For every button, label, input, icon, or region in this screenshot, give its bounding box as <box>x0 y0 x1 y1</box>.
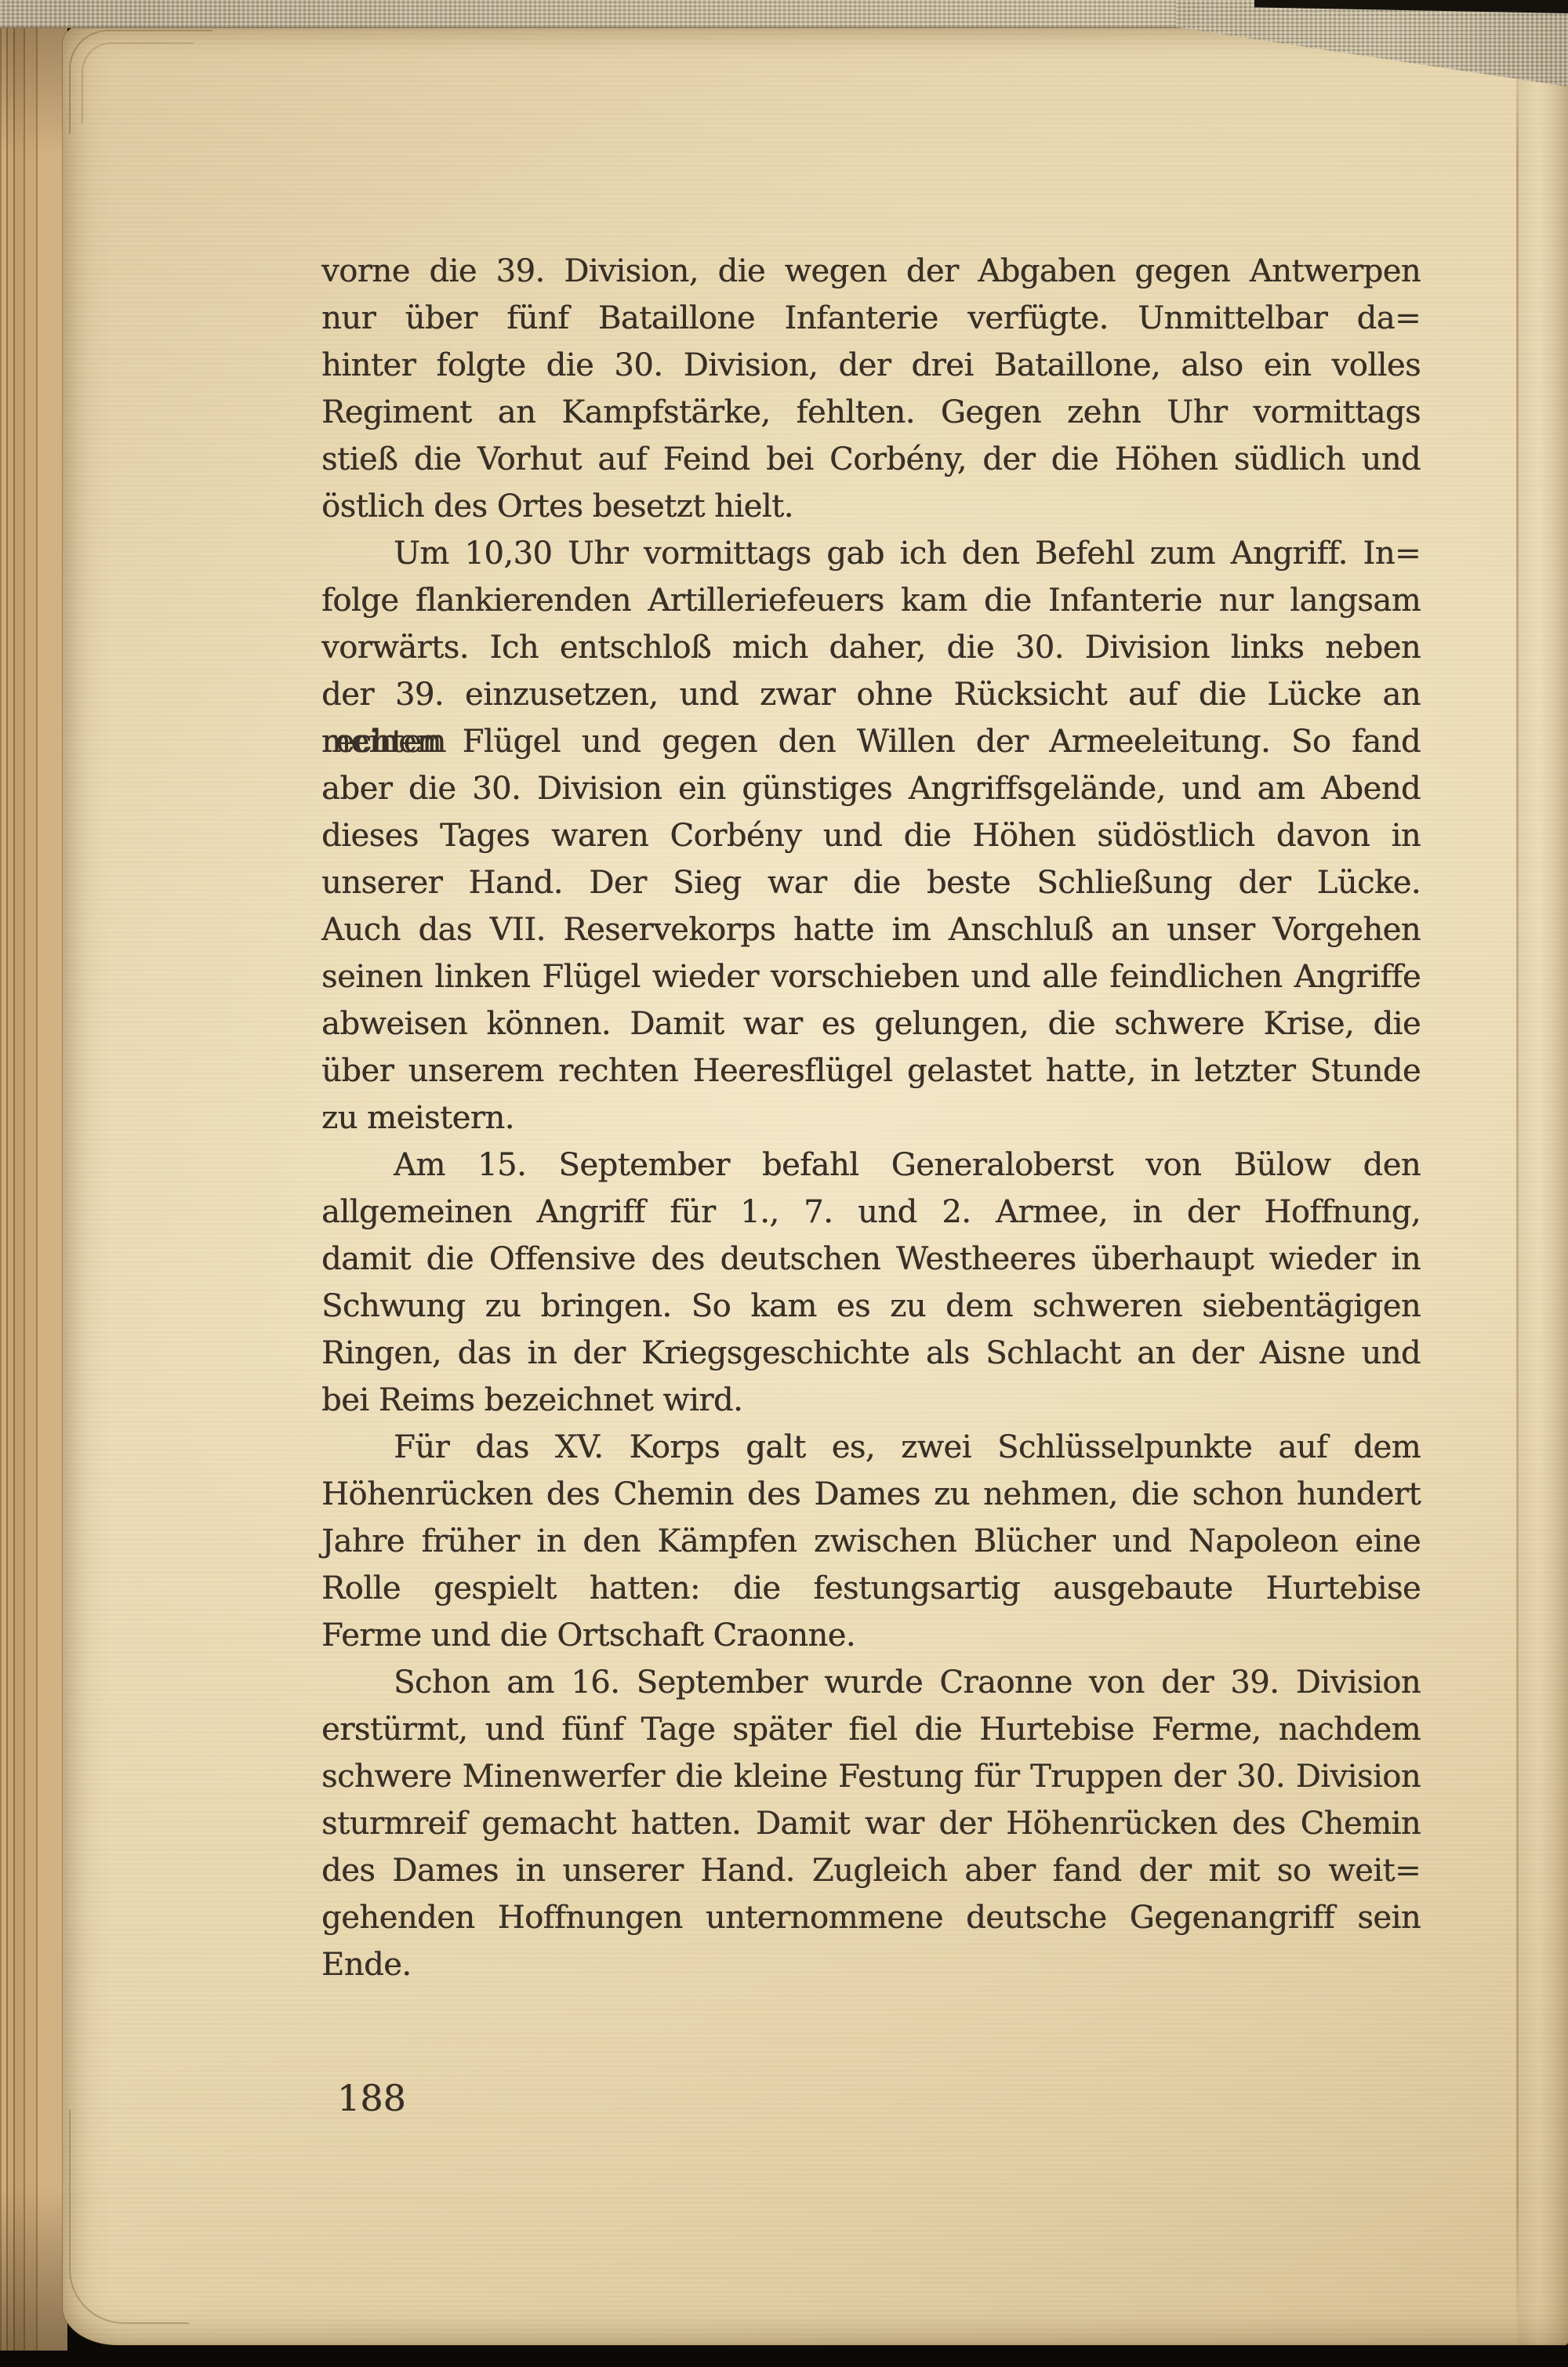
text-line: Schwung zu bringen. So kam es zu dem sch… <box>321 1283 1421 1330</box>
text-line: Ende. <box>321 1941 1421 1988</box>
text-line: Regiment an Kampfstärke, fehlten. Gegen … <box>321 389 1421 436</box>
text-line: stieß die Vorhut auf Feind bei Corbény, … <box>321 436 1421 483</box>
text-line: Ferme und die Ortschaft Craonne. <box>321 1612 1421 1659</box>
text-line: Für das XV. Korps galt es, zwei Schlüsse… <box>321 1424 1421 1471</box>
text-line: unserer Hand. Der Sieg war die beste Sch… <box>321 859 1421 906</box>
text-line: schwere Minenwerfer die kleine Festung f… <box>321 1753 1421 1800</box>
text-line: rechten Flügel und gegen den Willen der … <box>321 718 1421 765</box>
text-line: folge flankierenden Artilleriefeuers kam… <box>321 577 1421 624</box>
text-line: Jahre früher in den Kämpfen zwischen Blü… <box>321 1518 1421 1565</box>
page-stack-edges <box>0 16 67 2351</box>
text-line: bei Reims bezeichnet wird. <box>321 1377 1421 1424</box>
text-line: Ringen, das in der Kriegsgeschichte als … <box>321 1330 1421 1377</box>
body-text: vorne die 39. Division, die wegen der Ab… <box>321 248 1421 1988</box>
text-line: Rolle gespielt hatten: die festungsartig… <box>321 1565 1421 1612</box>
text-line: gehenden Hoffnungen unternommene deutsch… <box>321 1894 1421 1941</box>
text-line: zu meistern. <box>321 1095 1421 1142</box>
text-line: seinen linken Flügel wieder vorschieben … <box>321 953 1421 1000</box>
text-line: Um 10,30 Uhr vormittags gab ich den Befe… <box>321 530 1421 577</box>
text-line: sturmreif gemacht hatten. Damit war der … <box>321 1800 1421 1847</box>
text-line: hinter folgte die 30. Division, der drei… <box>321 342 1421 389</box>
text-line: dieses Tages waren Corbény und die Höhen… <box>321 812 1421 859</box>
text-line: nur über fünf Bataillone Infanterie verf… <box>321 295 1421 342</box>
text-line: Schon am 16. September wurde Craonne von… <box>321 1659 1421 1706</box>
text-line: östlich des Ortes besetzt hielt. <box>321 483 1421 530</box>
text-line: erstürmt, und fünf Tage später fiel die … <box>321 1706 1421 1753</box>
text-line: allgemeinen Angriff für 1., 7. und 2. Ar… <box>321 1189 1421 1236</box>
page-crease-line <box>1516 24 1519 2345</box>
text-line: vorwärts. Ich entschloß mich daher, die … <box>321 624 1421 671</box>
text-line: aber die 30. Division ein günstiges Angr… <box>321 765 1421 812</box>
text-line: abweisen können. Damit war es gelungen, … <box>321 1000 1421 1047</box>
text-line: damit die Offensive des deutschen Westhe… <box>321 1236 1421 1283</box>
text-line: des Dames in unserer Hand. Zugleich aber… <box>321 1847 1421 1894</box>
page-number: 188 <box>337 2078 406 2118</box>
text-line: Auch das VII. Reservekorps hatte im Ansc… <box>321 906 1421 953</box>
underlying-page-edge <box>1519 24 1568 2345</box>
text-line: Höhenrücken des Chemin des Dames zu nehm… <box>321 1471 1421 1518</box>
text-line: Am 15. September befahl Generaloberst vo… <box>321 1142 1421 1189</box>
text-line: der 39. einzusetzen, und zwar ohne Rücks… <box>321 671 1421 718</box>
text-line: über unserem rechten Heeresflügel gelast… <box>321 1047 1421 1095</box>
text-line: vorne die 39. Division, die wegen der Ab… <box>321 248 1421 295</box>
book-photo: vorne die 39. Division, die wegen der Ab… <box>0 0 1568 2367</box>
